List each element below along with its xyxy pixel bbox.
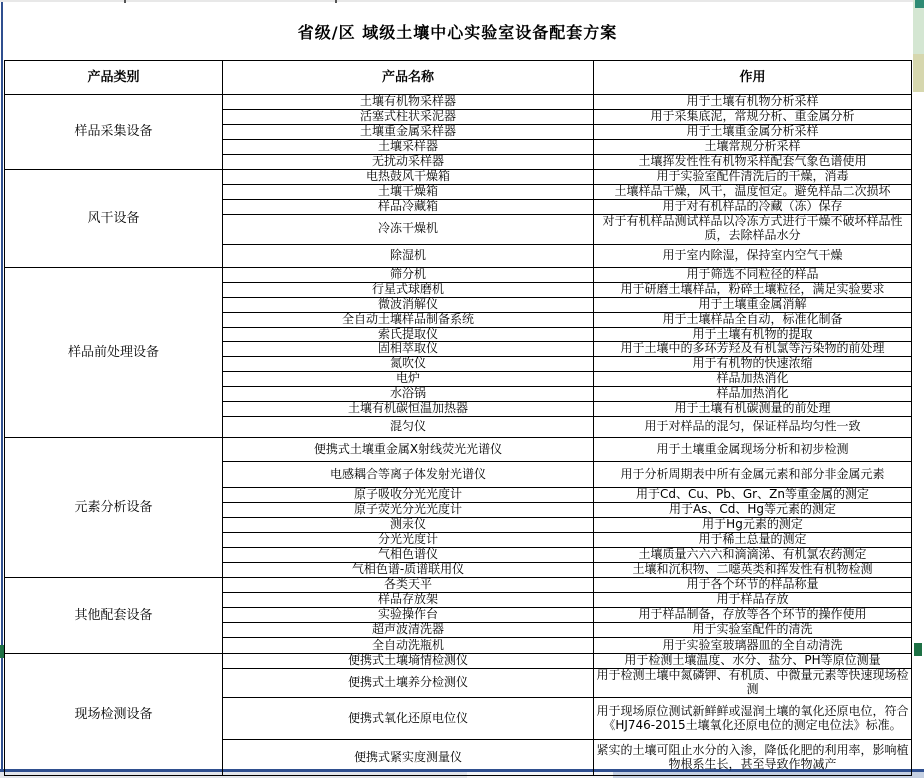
product-name-cell[interactable]: 索氏提取仪 — [223, 327, 594, 342]
category-cell[interactable]: 元素分析设备 — [5, 438, 223, 578]
column-header-2[interactable]: 作用 — [594, 61, 912, 95]
product-name-cell[interactable]: 行星式球磨机 — [223, 282, 594, 297]
product-name-cell[interactable]: 全自动洗瓶机 — [223, 638, 594, 654]
product-name-cell[interactable]: 筛分机 — [223, 267, 594, 282]
product-name-cell[interactable]: 电炉 — [223, 372, 594, 387]
product-name-cell[interactable]: 气相色谱仪 — [223, 548, 594, 563]
purpose-cell[interactable]: 土壤质量六六六和滴滴涕、有机氯农药测定 — [594, 548, 912, 563]
column-header-1[interactable]: 产品名称 — [223, 61, 594, 95]
product-name-cell[interactable]: 氮吹仪 — [223, 357, 594, 372]
product-name-cell[interactable]: 土壤有机物采样器 — [223, 95, 594, 110]
purpose-cell[interactable]: 用于Cd、Cu、Pb、Gr、Zn等重金属的测定 — [594, 488, 912, 503]
right-column-highlight — [913, 0, 924, 54]
purpose-cell[interactable]: 用于实验室配件的清洗 — [594, 623, 912, 638]
purpose-cell[interactable]: 用于采集底泥，常规分析、重金属分析 — [594, 109, 912, 124]
purpose-cell[interactable]: 用于实验室配件清洗后的干燥，消毒 — [594, 169, 912, 184]
purpose-cell[interactable]: 用于现场原位测试新鲜鲜或湿润土壤的氧化还原电位，符合《HJ746-2015土壤氧… — [594, 698, 912, 740]
purpose-cell[interactable]: 用于样品存放 — [594, 593, 912, 608]
product-name-cell[interactable]: 微波消解仪 — [223, 297, 594, 312]
purpose-cell[interactable]: 用于As、Cd、Hg等元素的测定 — [594, 503, 912, 518]
purpose-cell[interactable]: 用于土壤重金属分析采样 — [594, 124, 912, 139]
product-name-cell[interactable]: 混匀仪 — [223, 417, 594, 438]
purpose-cell[interactable]: 用于土壤中的多环芳羟及有机氯等污染物的前处理 — [594, 342, 912, 357]
purpose-cell[interactable]: 用于样品制备，存放等各个环节的操作使用 — [594, 608, 912, 623]
purpose-cell[interactable]: 用于土壤有机物的提取 — [594, 327, 912, 342]
product-name-cell[interactable]: 土壤有机碳恒温加热器 — [223, 402, 594, 417]
product-name-cell[interactable]: 水浴锅 — [223, 387, 594, 402]
purpose-cell[interactable]: 用于对样品的混匀，保证样品均匀性一致 — [594, 417, 912, 438]
purpose-cell[interactable]: 用于实验室玻璃器皿的全自动清洗 — [594, 638, 912, 654]
purpose-cell[interactable]: 用于对有机样品的冷藏（冻）保存 — [594, 199, 912, 214]
product-name-cell[interactable]: 测汞仪 — [223, 518, 594, 533]
product-name-cell[interactable]: 便携式土壤养分检测仪 — [223, 669, 594, 698]
product-name-cell[interactable]: 便携式紧实度测量仪 — [223, 740, 594, 776]
selection-handle-right[interactable] — [914, 643, 922, 656]
table-row: 样品采集设备土壤有机物采样器用于土壤有机物分析采样 — [5, 95, 912, 110]
product-name-cell[interactable]: 电感耦合等离子体发射光谱仪 — [223, 462, 594, 488]
product-name-cell[interactable]: 全自动土壤样品制备系统 — [223, 312, 594, 327]
product-name-cell[interactable]: 原子荧光分光光度计 — [223, 503, 594, 518]
product-name-cell[interactable]: 除湿机 — [223, 244, 594, 267]
product-name-cell[interactable]: 实验操作台 — [223, 608, 594, 623]
product-name-cell[interactable]: 样品存放架 — [223, 593, 594, 608]
purpose-cell[interactable]: 用于研磨土壤样品，粉碎土壤粒径，满足实验要求 — [594, 282, 912, 297]
product-name-cell[interactable]: 便携式土壤墒情检测仪 — [223, 654, 594, 669]
purpose-cell[interactable]: 用于土壤重金属现场分析和初步检测 — [594, 438, 912, 462]
table-body: 样品采集设备土壤有机物采样器用于土壤有机物分析采样活塞式柱状采泥器用于采集底泥，… — [5, 95, 912, 776]
category-cell[interactable]: 现场检测设备 — [5, 654, 223, 776]
purpose-cell[interactable]: 用于土壤有机碳测量的前处理 — [594, 402, 912, 417]
product-name-cell[interactable]: 无扰动采样器 — [223, 154, 594, 169]
purpose-cell[interactable]: 用于检测土壤温度、水分、盐分、PH等原位测量 — [594, 654, 912, 669]
purpose-cell[interactable]: 用于检测土壤中氮磷钾、有机质、中微量元素等快速现场检测 — [594, 669, 912, 698]
product-name-cell[interactable]: 土壤重金属采样器 — [223, 124, 594, 139]
category-cell[interactable]: 样品前处理设备 — [5, 267, 223, 438]
product-name-cell[interactable]: 便携式氧化还原电位仪 — [223, 698, 594, 740]
purpose-cell[interactable]: 用于土壤重金属消解 — [594, 297, 912, 312]
purpose-cell[interactable]: 用于筛选不同粒径的样品 — [594, 267, 912, 282]
product-name-cell[interactable]: 电热鼓风干燥箱 — [223, 169, 594, 184]
purpose-cell[interactable]: 用于室内除湿，保持室内空气干燥 — [594, 244, 912, 267]
product-name-cell[interactable]: 便携式土壤重金属X射线荧光光谱仪 — [223, 438, 594, 462]
purpose-cell[interactable]: 用于Hg元素的测定 — [594, 518, 912, 533]
table-header-row: 产品类别产品名称作用 — [5, 61, 912, 95]
purpose-cell[interactable]: 土壤样品干燥，风干，温度恒定。避免样品二次损坏 — [594, 184, 912, 199]
right-column-highlight-cap — [915, 0, 924, 8]
product-name-cell[interactable]: 气相色谱-质谱联用仪 — [223, 563, 594, 578]
category-cell[interactable]: 风干设备 — [5, 169, 223, 267]
product-name-cell[interactable]: 固相萃取仪 — [223, 342, 594, 357]
table-row: 其他配套设备各类天平用于各个环节的样品称量 — [5, 578, 912, 593]
table-row: 风干设备电热鼓风干燥箱用于实验室配件清洗后的干燥，消毒 — [5, 169, 912, 184]
purpose-cell[interactable]: 对于有机样品测试样品以冷冻方式进行干燥不破坏样品性质，去除样品水分 — [594, 214, 912, 244]
purpose-cell[interactable]: 样品加热消化 — [594, 387, 912, 402]
table-row: 样品前处理设备筛分机用于筛选不同粒径的样品 — [5, 267, 912, 282]
purpose-cell[interactable]: 用于稀土总量的测定 — [594, 533, 912, 548]
category-cell[interactable]: 其他配套设备 — [5, 578, 223, 654]
purpose-cell[interactable]: 用于土壤样品全自动，标准化制备 — [594, 312, 912, 327]
purpose-cell[interactable]: 土壤和沉积物、二噁英类和挥发性有机物检测 — [594, 563, 912, 578]
purpose-cell[interactable]: 土壤常规分析采样 — [594, 139, 912, 154]
table-row: 现场检测设备便携式土壤墒情检测仪用于检测土壤温度、水分、盐分、PH等原位测量 — [5, 654, 912, 669]
purpose-cell[interactable]: 土壤挥发性性有机物采样配套气象色谱使用 — [594, 154, 912, 169]
table-row: 元素分析设备便携式土壤重金属X射线荧光光谱仪用于土壤重金属现场分析和初步检测 — [5, 438, 912, 462]
product-name-cell[interactable]: 分光光度计 — [223, 533, 594, 548]
column-header-0[interactable]: 产品类别 — [5, 61, 223, 95]
purpose-cell[interactable]: 紧实的土壤可阻止水分的入渗，降低化肥的利用率，影响植物根系生长，甚至导致作物减产 — [594, 740, 912, 776]
product-name-cell[interactable]: 超声波清洗器 — [223, 623, 594, 638]
purpose-cell[interactable]: 用于有机物的快速浓缩 — [594, 357, 912, 372]
purpose-cell[interactable]: 用于分析周期表中所有金属元素和部分非金属元素 — [594, 462, 912, 488]
page-title[interactable]: 省级/区 域级土壤中心实验室设备配套方案 — [4, 2, 911, 60]
category-cell[interactable]: 样品采集设备 — [5, 95, 223, 170]
product-name-cell[interactable]: 原子吸收分光光度计 — [223, 488, 594, 503]
product-name-cell[interactable]: 样品冷藏箱 — [223, 199, 594, 214]
product-name-cell[interactable]: 活塞式柱状采泥器 — [223, 109, 594, 124]
purpose-cell[interactable]: 用于各个环节的样品称量 — [594, 578, 912, 593]
purpose-cell[interactable]: 样品加热消化 — [594, 372, 912, 387]
right-column-strip — [913, 54, 924, 92]
product-name-cell[interactable]: 各类天平 — [223, 578, 594, 593]
purpose-cell[interactable]: 用于土壤有机物分析采样 — [594, 95, 912, 110]
sheet-area: 省级/区 域级土壤中心实验室设备配套方案 产品类别产品名称作用 样品采集设备土壤… — [4, 2, 911, 776]
product-name-cell[interactable]: 土壤干燥箱 — [223, 184, 594, 199]
product-name-cell[interactable]: 冷冻干燥机 — [223, 214, 594, 244]
equipment-table: 产品类别产品名称作用 样品采集设备土壤有机物采样器用于土壤有机物分析采样活塞式柱… — [4, 60, 912, 776]
product-name-cell[interactable]: 土壤采样器 — [223, 139, 594, 154]
